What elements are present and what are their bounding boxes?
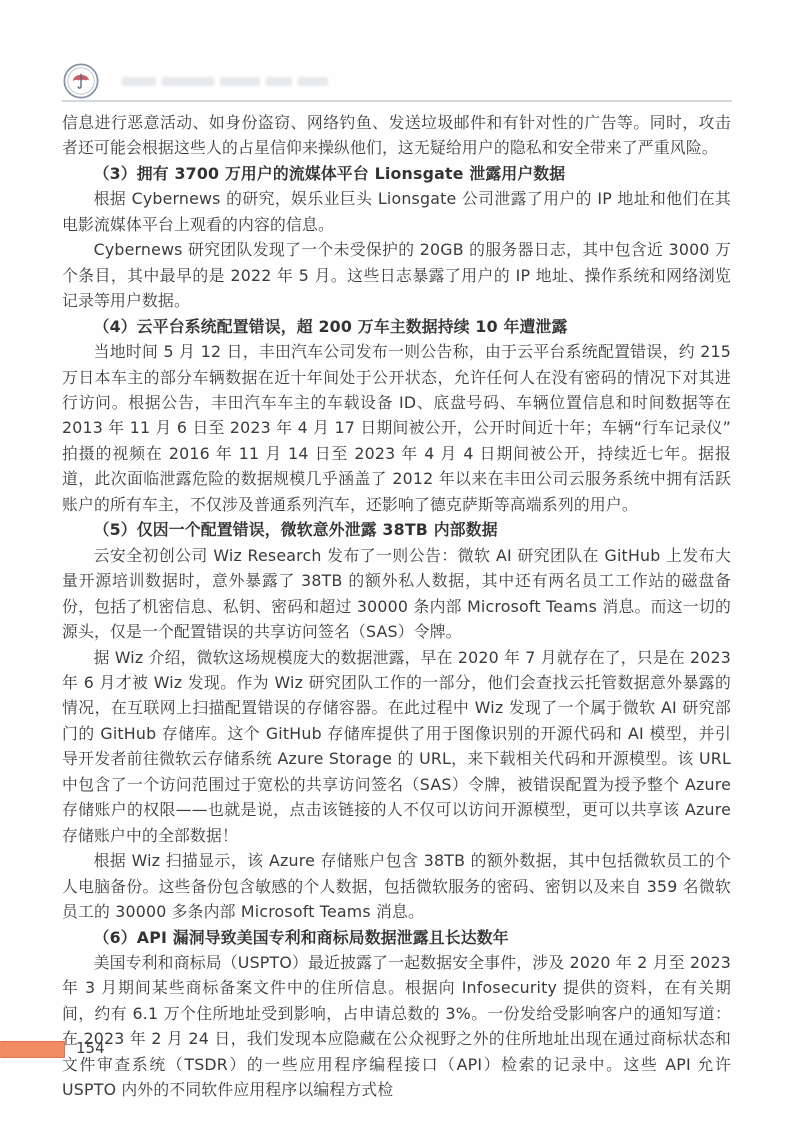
faint-text-smudge — [298, 77, 328, 86]
section-heading-4: （4）云平台系统配置错误，超 200 万车主数据持续 10 年遭泄露 — [62, 314, 731, 339]
section-heading-6: （6）API 漏洞导致美国专利和商标局数据泄露且长达数年 — [62, 925, 731, 950]
body-paragraph: 美国专利和商标局（USPTO）最近披露了一起数据安全事件，涉及 2020 年 2… — [62, 950, 731, 1103]
umbrella-seal-icon — [62, 62, 100, 100]
section-heading-3: （3）拥有 3700 万用户的流媒体平台 Lionsgate 泄露用户数据 — [62, 161, 731, 186]
publisher-logo — [62, 62, 100, 100]
document-page: 信息进行恶意活动、如身份盗窃、网络钓鱼、发送垃圾邮件和有针对性的广告等。同时，攻… — [0, 0, 794, 1123]
body-paragraph: 云安全初创公司 Wiz Research 发布了一则公告：微软 AI 研究团队在… — [62, 543, 731, 645]
header-faint-text — [122, 77, 328, 86]
body-paragraph: 根据 Wiz 扫描显示，该 Azure 存储账户包含 38TB 的额外数据，其中… — [62, 848, 731, 924]
page-number-tab — [0, 1041, 65, 1058]
page-number: 154 — [76, 1039, 105, 1057]
body-paragraph: 信息进行恶意活动、如身份盗窃、网络钓鱼、发送垃圾邮件和有针对性的广告等。同时，攻… — [62, 110, 731, 161]
body-paragraph: 根据 Cybernews 的研究，娱乐业巨头 Lionsgate 公司泄露了用户… — [62, 186, 731, 237]
page-body: 信息进行恶意活动、如身份盗窃、网络钓鱼、发送垃圾邮件和有针对性的广告等。同时，攻… — [62, 110, 731, 1103]
faint-text-smudge — [162, 77, 214, 86]
faint-text-smudge — [122, 77, 156, 86]
header-divider — [62, 100, 732, 102]
body-paragraph: Cybernews 研究团队发现了一个未受保护的 20GB 的服务器日志，其中包… — [62, 237, 731, 313]
body-paragraph: 据 Wiz 介绍，微软这场规模庞大的数据泄露，早在 2020 年 7 月就存在了… — [62, 645, 731, 849]
faint-text-smudge — [220, 77, 260, 86]
body-paragraph: 当地时间 5 月 12 日，丰田汽车公司发布一则公告称，由于云平台系统配置错误，… — [62, 339, 731, 517]
section-heading-5: （5）仅因一个配置错误，微软意外泄露 38TB 内部数据 — [62, 517, 731, 542]
faint-text-smudge — [266, 77, 292, 86]
page-header — [62, 61, 731, 101]
